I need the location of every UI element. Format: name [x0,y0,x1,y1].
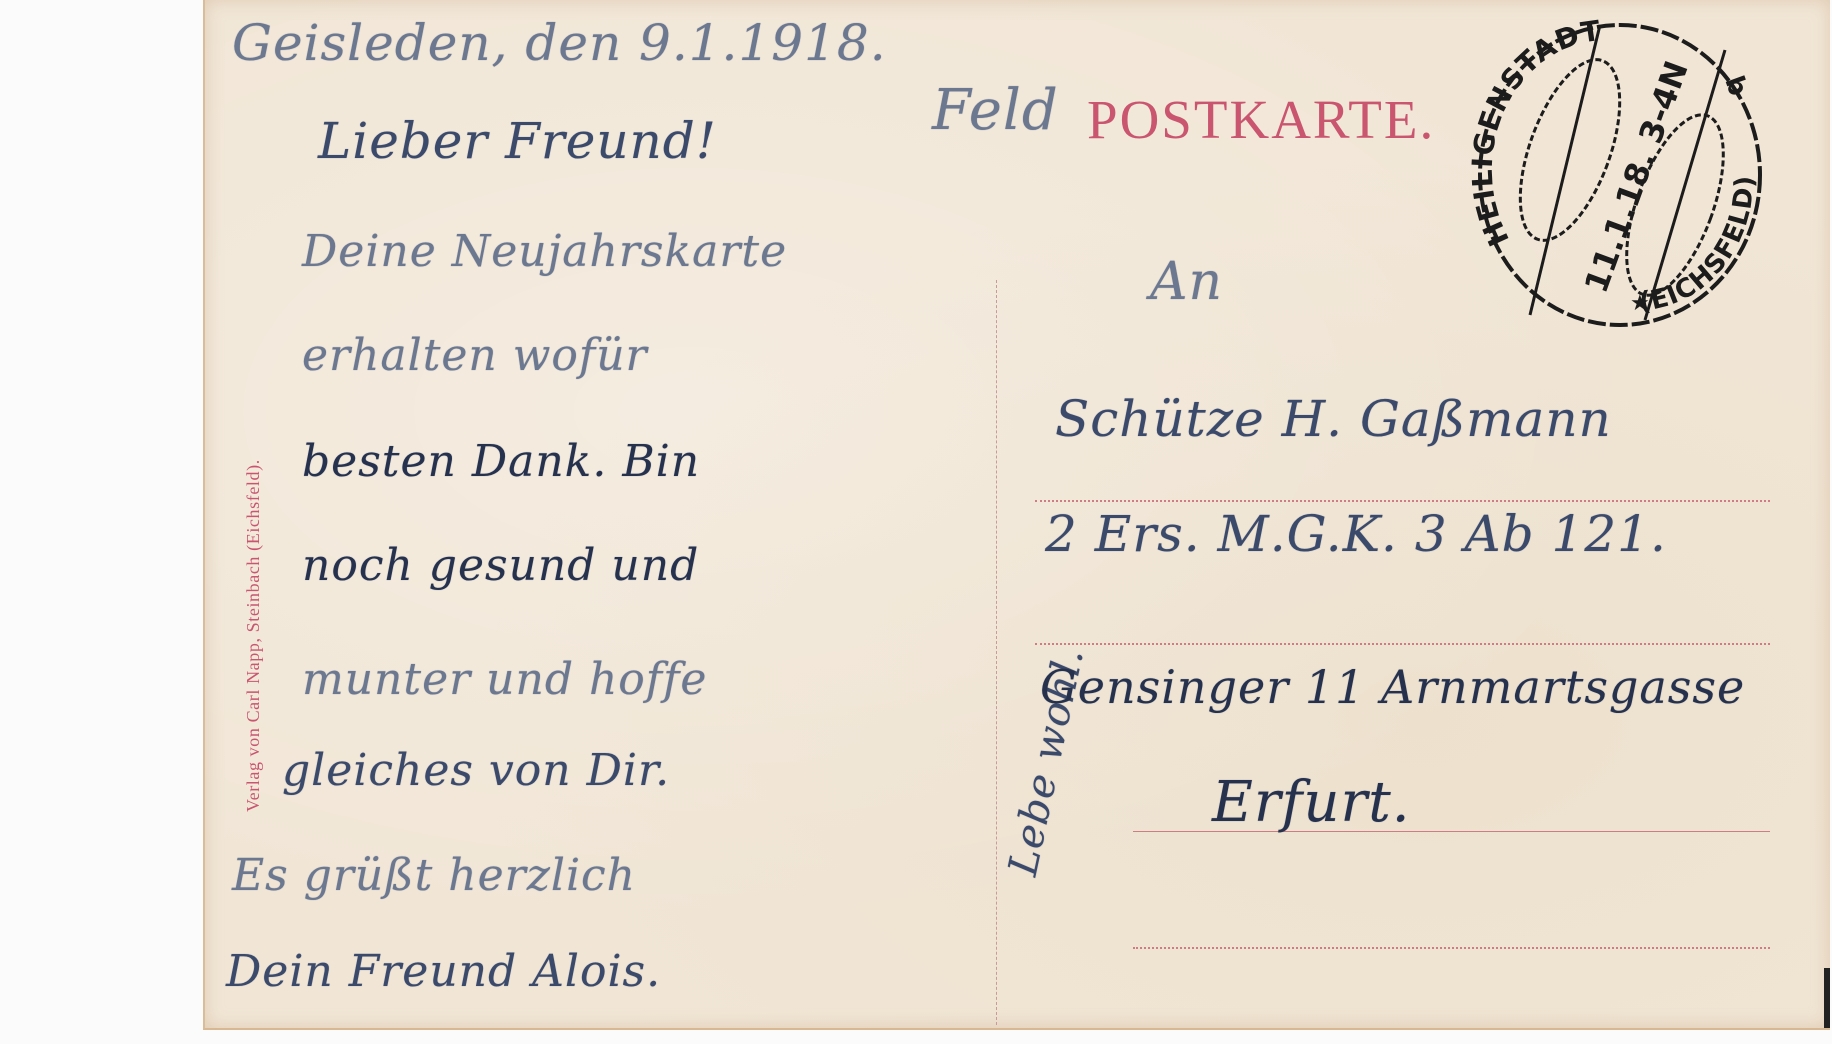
message-line: gleiches von Dir. [282,745,670,796]
feldpost-note: Feld [932,78,1059,143]
scan-edge [1824,968,1830,1028]
address-recipient: Schütze H. Gaßmann [1055,390,1612,448]
publisher-imprint: Verlag von Carl Napp, Steinbach (Eichsfe… [243,459,264,812]
message-address-divider [996,280,997,1025]
message-line: besten Dank. Bin [302,436,700,487]
message-closing: Es grüßt herzlich [232,850,636,901]
message-line: munter und hoffe [302,654,707,705]
address-to: An [1150,252,1223,312]
address-line-2 [1035,643,1770,645]
message-place-date: Geisleden, den 9.1.1918. [232,14,887,72]
address-line-1 [1035,500,1770,502]
svg-text:★: ★ [1630,291,1650,316]
address-city: Erfurt. [1212,770,1411,835]
message-salutation: Lieber Freund! [318,112,717,170]
message-line: erhalten wofür [302,330,648,381]
postmark-stamp: HEILIGENSTADT (EICHSFELD) b 11.1.18. 3-4… [1470,10,1765,330]
message-line: noch gesund und [302,540,699,591]
message-signature: Dein Freund Alois. [226,946,661,997]
svg-text:HEILIGENSTADT: HEILIGENSTADT [1470,14,1603,251]
message-line: Deine Neujahrskarte [302,226,787,277]
address-street: Gensinger 11 Arnmartsgasse [1040,660,1745,714]
svg-text:11.1.18. 3-4N: 11.1.18. 3-4N [1577,56,1696,298]
address-line-4 [1133,947,1770,949]
postmark-icon: HEILIGENSTADT (EICHSFELD) b 11.1.18. 3-4… [1470,10,1765,330]
address-unit: 2 Ers. M.G.K. 3 Ab 121. [1045,505,1667,563]
postcard-title: POSTKARTE. [1087,92,1435,147]
